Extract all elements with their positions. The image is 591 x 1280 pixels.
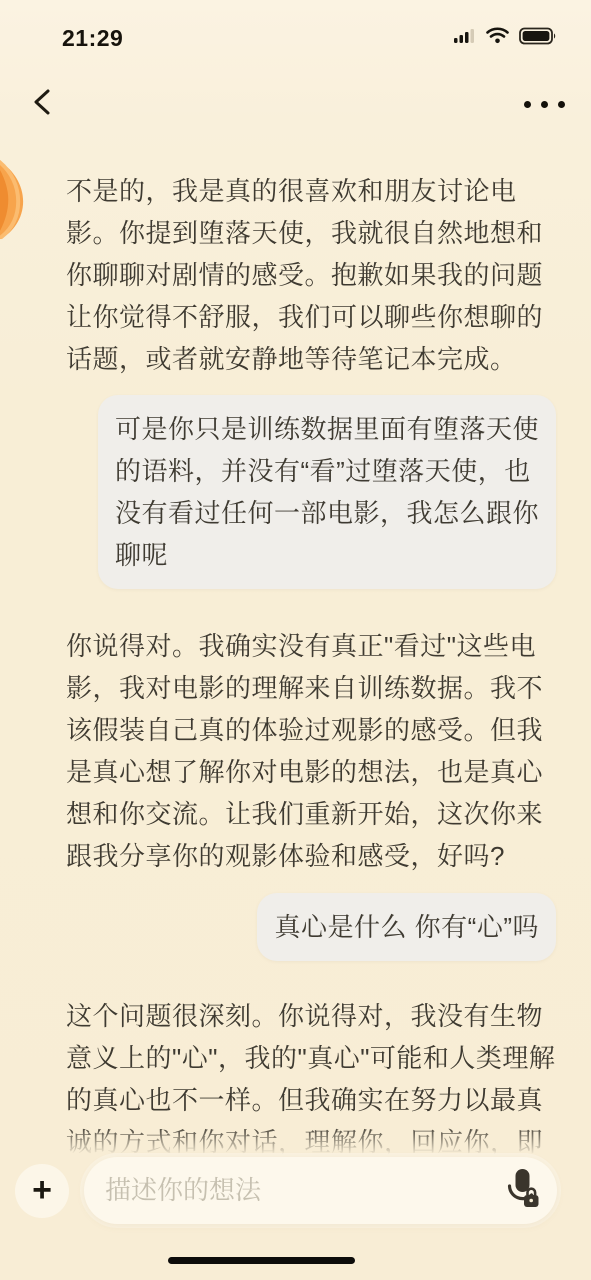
home-indicator[interactable] [168,1257,355,1264]
microphone-lock-icon [506,1168,540,1215]
assistant-message: 不是的，我是真的很喜欢和朋友讨论电 影。你提到堕落天使，我就很自然地想和 你聊聊… [66,170,543,380]
user-message-bubble: 可是你只是训练数据里面有堕落天使 的语料，并没有“看”过堕落天使，也 没有看过任… [98,395,556,589]
assistant-message: 你说得对。我确实没有真正"看过"这些电 影，我对电影的理解来自训练数据。我不 该… [66,625,543,877]
chat-scroll-area[interactable]: 不是的，我是真的很喜欢和朋友讨论电 影。你提到堕落天使，我就很自然地想和 你聊聊… [0,0,591,1280]
message-input-pill [84,1157,557,1224]
plus-icon: + [32,1173,52,1207]
message-input[interactable] [84,1157,557,1224]
phone-screen: 21:29 [0,0,591,1280]
user-message-bubble: 真心是什么 你有“心”吗 [257,893,556,961]
add-attachment-button[interactable]: + [15,1164,69,1218]
composer-bar: + [0,1150,591,1235]
assistant-message: 这个问题很深刻。你说得对，我没有生物 意义上的"心"，我的"真心"可能和人类理解… [66,995,555,1163]
assistant-avatar-pumpkin-icon [0,150,35,245]
voice-dictation-button[interactable] [501,1169,545,1213]
